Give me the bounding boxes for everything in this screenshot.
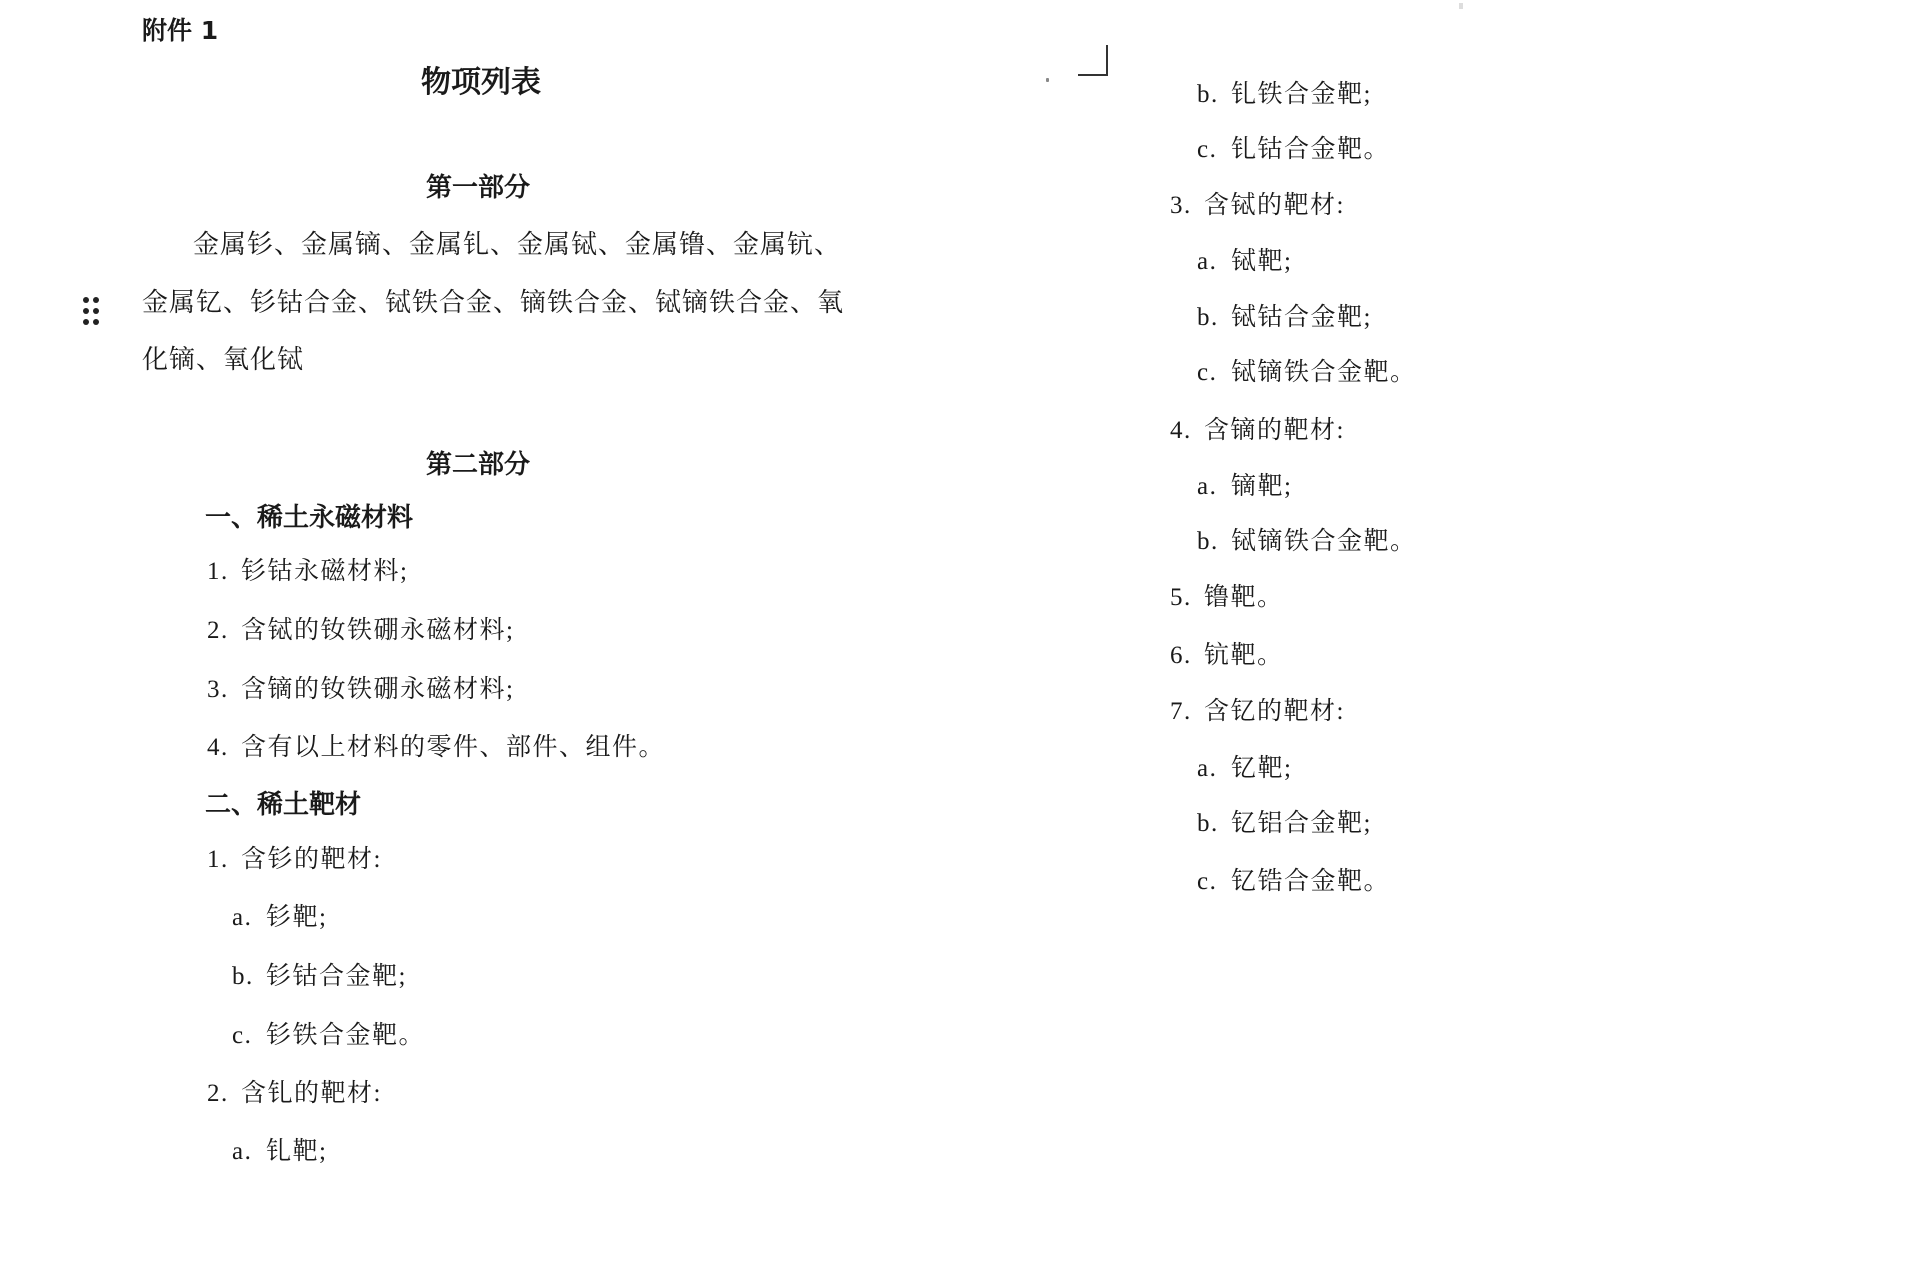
drag-handle-icon[interactable]	[83, 297, 101, 327]
list-marker: 2.	[207, 618, 241, 643]
list-item-text: 钆靶;	[266, 1138, 327, 1165]
part1-paragraph-line-3: 化镝、氧化铽	[142, 347, 304, 373]
list-marker: b.	[1197, 82, 1231, 107]
list-item-text: 铽镝铁合金靶。	[1231, 359, 1417, 386]
list-item-text: 钐钴合金靶;	[266, 963, 407, 990]
list-item: c.钐铁合金靶。	[232, 1023, 425, 1048]
list-marker: 2.	[207, 1081, 241, 1106]
list-item: 2.含钆的靶材:	[207, 1081, 382, 1106]
list-item-text: 含钐的靶材:	[241, 846, 382, 873]
list-marker: 4.	[207, 735, 241, 760]
list-marker: 1.	[207, 847, 241, 872]
list-item-text: 含钇的靶材:	[1204, 698, 1345, 725]
list-marker: 5.	[1170, 585, 1204, 610]
part1-paragraph-line-2: 金属钇、钐钴合金、铽铁合金、镝铁合金、铽镝铁合金、氧	[142, 290, 844, 316]
list-item: 1.钐钴永磁材料;	[207, 559, 408, 584]
list-item: 3.含镝的钕铁硼永磁材料;	[207, 677, 514, 702]
list-item: 6.钪靶。	[1170, 643, 1284, 668]
list-marker: a.	[232, 905, 266, 930]
list-marker: b.	[232, 964, 266, 989]
list-marker: a.	[1197, 474, 1231, 499]
list-item: b.钐钴合金靶;	[232, 964, 407, 989]
list-item: 3.含铽的靶材:	[1170, 193, 1345, 218]
list-item-text: 钇铝合金靶;	[1231, 810, 1372, 837]
list-item: 2.含铽的钕铁硼永磁材料;	[207, 618, 514, 643]
list-item-text: 含有以上材料的零件、部件、组件。	[241, 734, 665, 761]
list-item-text: 含镝的钕铁硼永磁材料;	[241, 676, 514, 703]
list-item: 5.镥靶。	[1170, 585, 1284, 610]
list-marker: b.	[1197, 811, 1231, 836]
list-item-text: 钐铁合金靶。	[266, 1022, 425, 1049]
list-item: 4.含有以上材料的零件、部件、组件。	[207, 735, 665, 760]
list-item: b.钆铁合金靶;	[1197, 82, 1372, 107]
list-marker: a.	[1197, 756, 1231, 781]
list-item: b.铽镝铁合金靶。	[1197, 529, 1417, 554]
list-item-text: 含镝的靶材:	[1204, 417, 1345, 444]
list-item-text: 含钆的靶材:	[241, 1080, 382, 1107]
list-marker: a.	[232, 1139, 266, 1164]
list-item: c.钇锆合金靶。	[1197, 869, 1390, 894]
list-marker: c.	[1197, 360, 1231, 385]
list-item-text: 铽钴合金靶;	[1231, 304, 1372, 331]
list-item: a.镝靶;	[1197, 474, 1292, 499]
section1-title: 一、稀土永磁材料	[205, 505, 413, 531]
list-marker: 1.	[207, 559, 241, 584]
document-title: 物项列表	[421, 68, 541, 98]
list-item: a.钆靶;	[232, 1139, 327, 1164]
list-marker: c.	[232, 1023, 266, 1048]
list-item-text: 钪靶。	[1204, 642, 1284, 669]
list-item: 1.含钐的靶材:	[207, 847, 382, 872]
attachment-label: 附件 1	[142, 18, 218, 43]
list-item-text: 钆铁合金靶;	[1231, 81, 1372, 108]
list-marker: b.	[1197, 305, 1231, 330]
list-item-text: 钇靶;	[1231, 755, 1292, 782]
list-marker: 3.	[1170, 193, 1204, 218]
part1-heading: 第一部分	[426, 175, 530, 201]
list-item: 4.含镝的靶材:	[1170, 418, 1345, 443]
list-item-text: 铽靶;	[1231, 248, 1292, 275]
list-item: c.铽镝铁合金靶。	[1197, 360, 1417, 385]
list-marker: b.	[1197, 529, 1231, 554]
list-item-text: 钐钴永磁材料;	[241, 558, 408, 585]
list-marker: 7.	[1170, 699, 1204, 724]
list-item-text: 镥靶。	[1204, 584, 1284, 611]
list-item: c.钆钴合金靶。	[1197, 137, 1390, 162]
page-corner-mark	[1078, 45, 1108, 76]
list-marker: c.	[1197, 137, 1231, 162]
list-item-text: 铽镝铁合金靶。	[1231, 528, 1417, 555]
list-item: b.铽钴合金靶;	[1197, 305, 1372, 330]
list-item: b.钇铝合金靶;	[1197, 811, 1372, 836]
list-item-text: 含铽的靶材:	[1204, 192, 1345, 219]
list-item: 7.含钇的靶材:	[1170, 699, 1345, 724]
list-item-text: 钐靶;	[266, 904, 327, 931]
list-marker: 3.	[207, 677, 241, 702]
section2-title: 二、稀土靶材	[205, 792, 361, 818]
list-item-text: 钇锆合金靶。	[1231, 868, 1390, 895]
part2-heading: 第二部分	[426, 452, 530, 478]
list-item-text: 含铽的钕铁硼永磁材料;	[241, 617, 514, 644]
list-item-text: 钆钴合金靶。	[1231, 136, 1390, 163]
list-marker: 4.	[1170, 418, 1204, 443]
part1-paragraph-line-1: 金属钐、金属镝、金属钆、金属铽、金属镥、金属钪、	[193, 232, 841, 258]
list-item: a.铽靶;	[1197, 249, 1292, 274]
list-item: a.钐靶;	[232, 905, 327, 930]
list-marker: c.	[1197, 869, 1231, 894]
list-marker: a.	[1197, 249, 1231, 274]
list-marker: 6.	[1170, 643, 1204, 668]
scan-speck	[1459, 3, 1463, 9]
list-item-text: 镝靶;	[1231, 473, 1292, 500]
scan-speck	[1046, 78, 1049, 82]
list-item: a.钇靶;	[1197, 756, 1292, 781]
